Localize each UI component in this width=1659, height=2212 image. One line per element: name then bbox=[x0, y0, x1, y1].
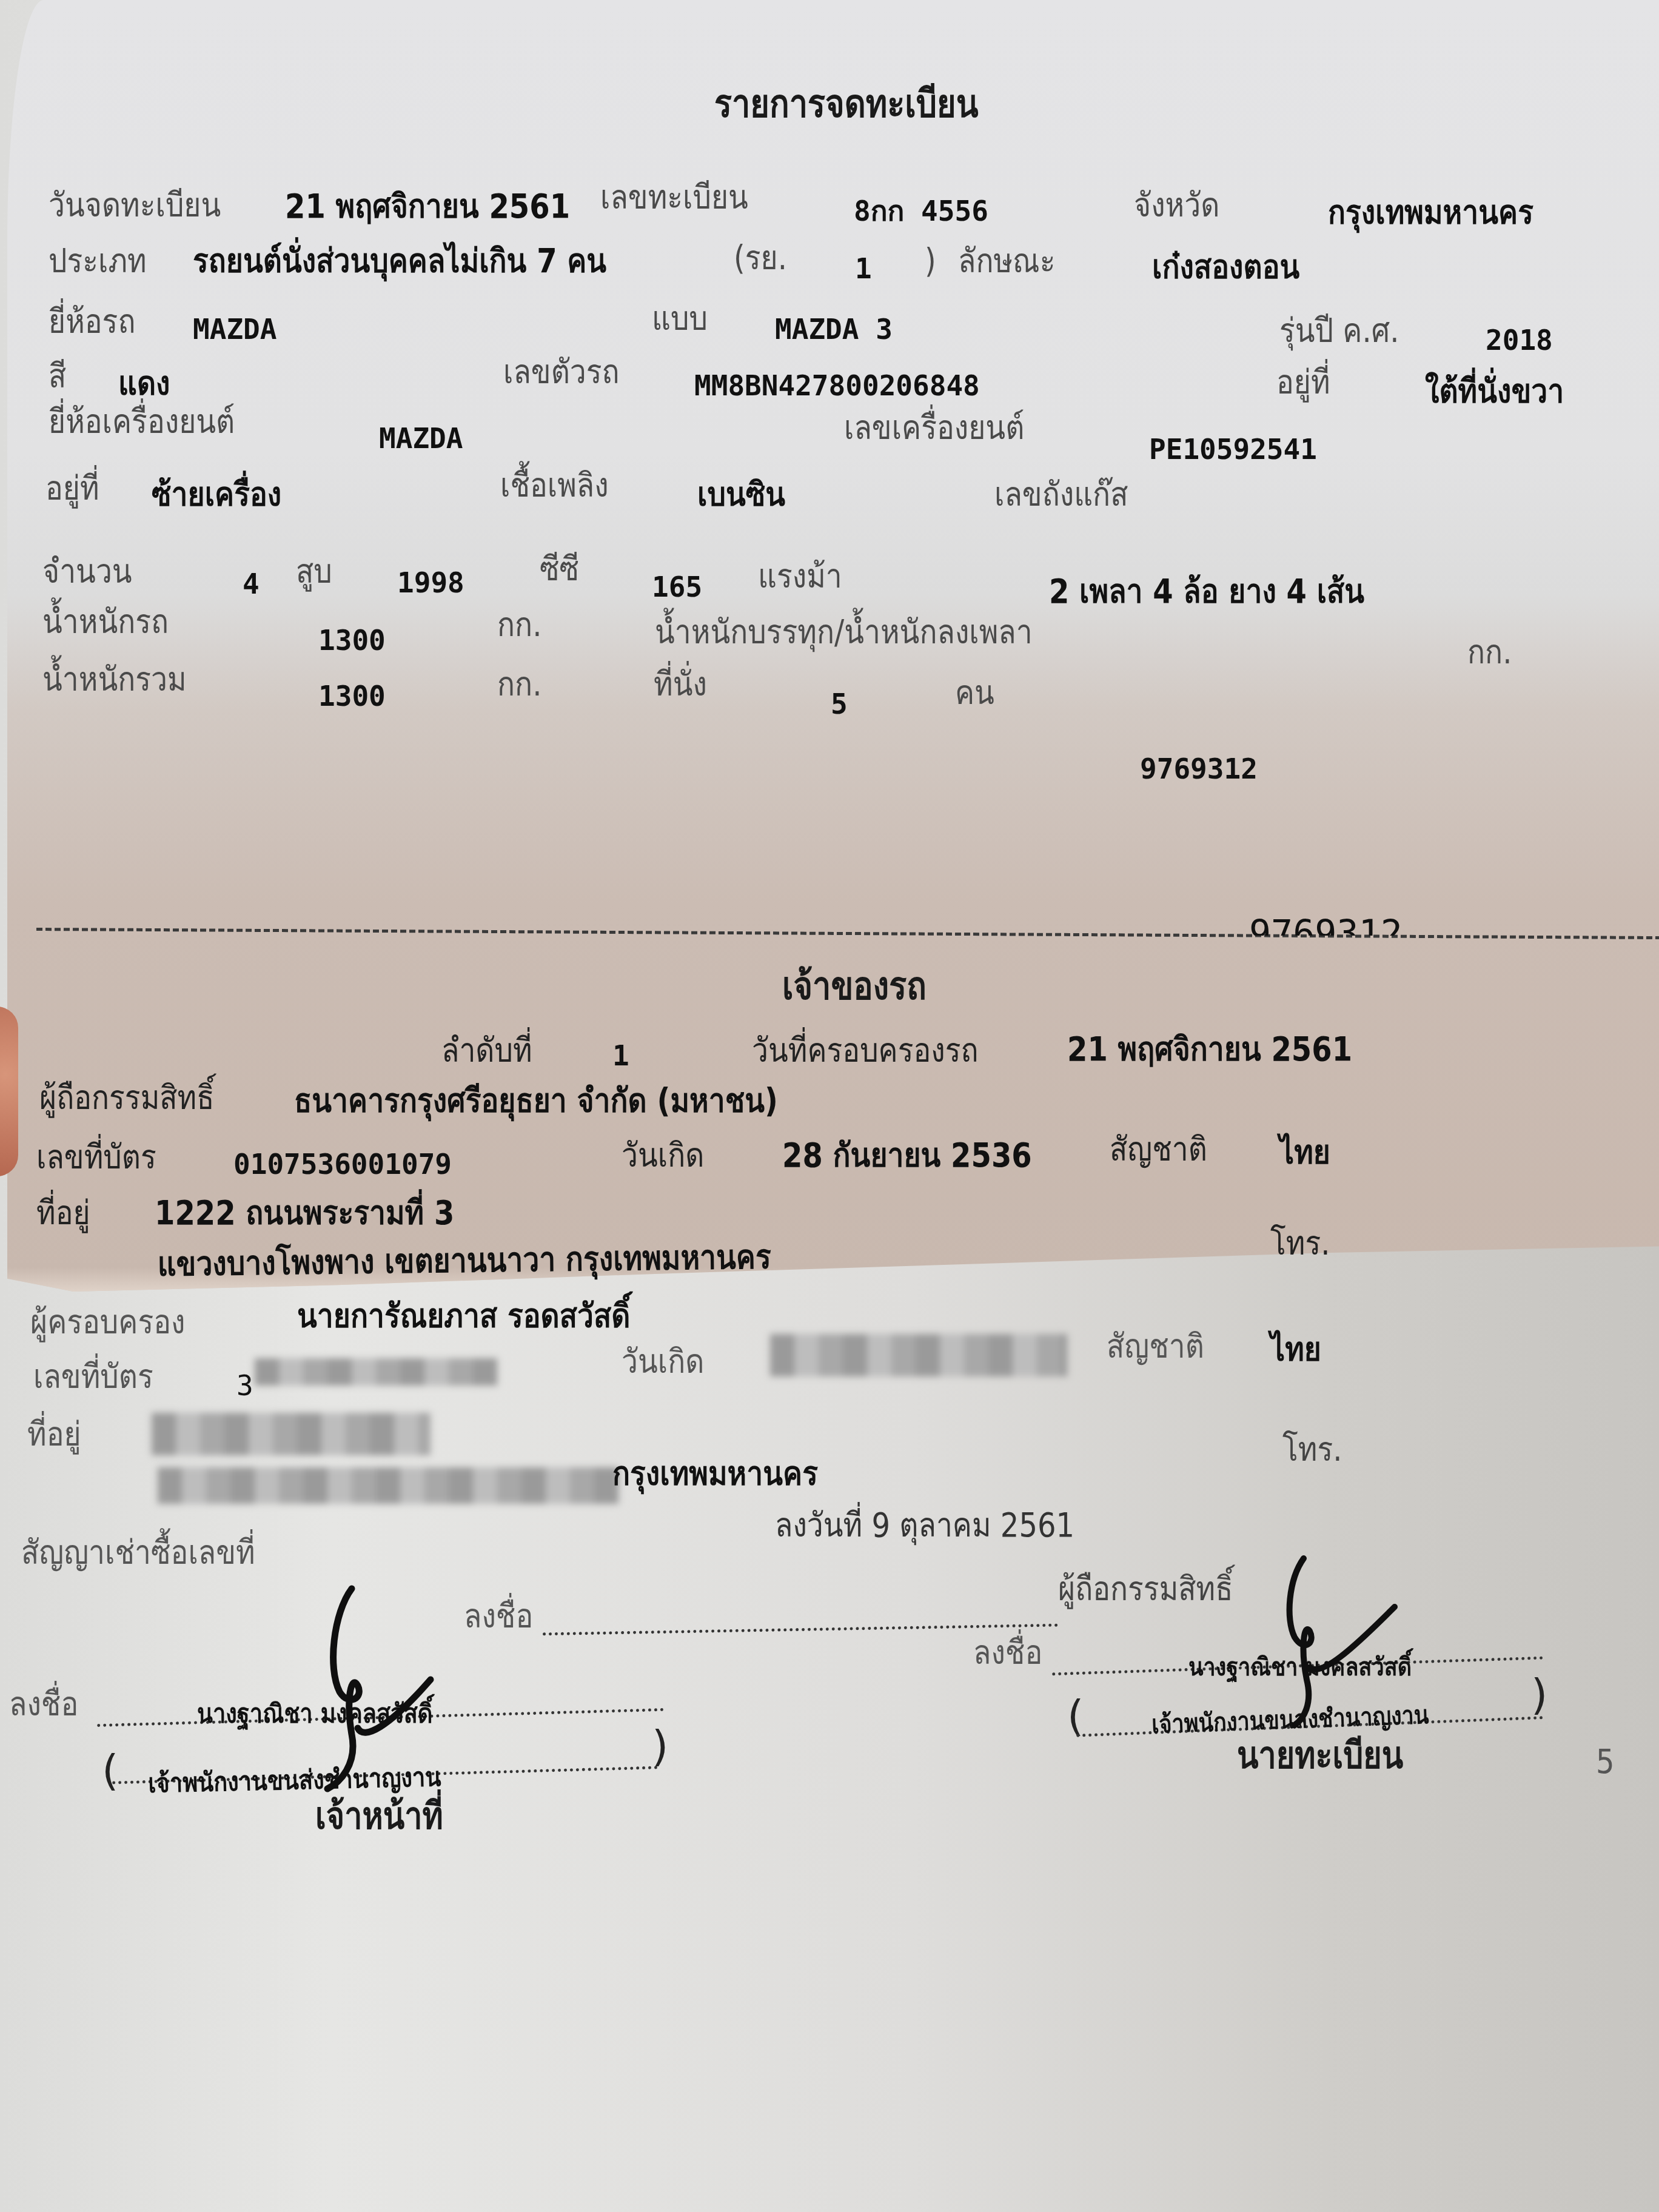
serial-number: 9769312 bbox=[1140, 755, 1258, 783]
engine-brand-label: ยี่ห้อเครื่องยนต์ bbox=[49, 405, 235, 438]
redacted-possessor-address2 bbox=[158, 1467, 618, 1504]
fuel-label: เชื้อเพลิง bbox=[500, 469, 609, 502]
registrar-signature-right bbox=[1261, 1546, 1419, 1728]
model-label: แบบ bbox=[652, 302, 708, 335]
registrar-sign-label: ลงชื่อ bbox=[973, 1636, 1042, 1669]
seats-label: ที่นั่ง bbox=[654, 668, 707, 701]
possession-date: 21 พฤศจิกายน 2561 bbox=[1067, 1033, 1352, 1066]
horsepower-unit: แรงม้า bbox=[758, 560, 842, 593]
cc-unit: ซีซี bbox=[540, 552, 579, 586]
right-paren-right: ) bbox=[1531, 1674, 1547, 1716]
vin-location-label: อยู่ที่ bbox=[1276, 366, 1330, 399]
engine-brand: MAZDA bbox=[379, 424, 463, 452]
gross-weight-unit: กก. bbox=[497, 668, 541, 701]
seats-unit: คน bbox=[955, 676, 994, 709]
gas-tank-label: เลขถังแก๊ส bbox=[994, 478, 1128, 511]
engine-cc: 1998 bbox=[397, 569, 464, 597]
possessor-nationality-label: สัญชาติ bbox=[1107, 1330, 1204, 1363]
engine-number: PE10592541 bbox=[1149, 435, 1317, 463]
holder-sign-label: ลงชื่อ bbox=[464, 1600, 533, 1633]
lease-contract-label: สัญญาเช่าซื้อเลขที่ bbox=[21, 1536, 255, 1569]
document-title: รายการจดทะเบียน bbox=[714, 84, 979, 124]
body-style: เก๋งสองตอน bbox=[1152, 250, 1299, 284]
redacted-possessor-address1 bbox=[152, 1413, 431, 1455]
load-label: น้ำหนักบรรทุก/น้ำหนักลงเพลา bbox=[655, 615, 1033, 649]
reg-date: 21 พฤศจิกายน 2561 bbox=[285, 190, 570, 223]
possessor-tel-label: โทร. bbox=[1282, 1433, 1342, 1466]
brand-label: ยี่ห้อรถ bbox=[49, 305, 135, 338]
vin-label: เลขตัวรถ bbox=[503, 355, 620, 389]
holder-address-line2: แขวงบางโพงพาง เขตยานนาวา กรุงเทพมหานคร bbox=[157, 1240, 771, 1281]
model: MAZDA 3 bbox=[775, 315, 893, 343]
left-paren: ( bbox=[102, 1749, 118, 1792]
model-year: 2018 bbox=[1486, 326, 1553, 354]
vehicle-color: แดง bbox=[118, 367, 170, 400]
owner-heading: เจ้าของรถ bbox=[782, 967, 927, 1006]
order-number: 1 bbox=[612, 1042, 629, 1070]
left-paren-right: ( bbox=[1067, 1695, 1084, 1737]
vehicle-weight: 1300 bbox=[318, 626, 386, 654]
holder-name: ธนาคารกรุงศรีอยุธยา จำกัด (มหาชน) bbox=[294, 1084, 778, 1118]
gross-weight-label: น้ำหนักรวม bbox=[42, 663, 187, 696]
engine-no-label: เลขเครื่องยนต์ bbox=[844, 411, 1024, 444]
engine-location-label: อยู่ที่ bbox=[45, 472, 99, 505]
holder-address-label: ที่อยู่ bbox=[36, 1196, 90, 1230]
right-paren: ) bbox=[652, 1725, 668, 1768]
redacted-possessor-birth bbox=[770, 1334, 1067, 1376]
holder-id: 0107536001079 bbox=[233, 1150, 452, 1178]
province-label: จังหวัด bbox=[1134, 189, 1219, 222]
vin-location: ใต้ที่นั่งขวา bbox=[1425, 375, 1564, 408]
reg-date-label: วันจดทะเบียน bbox=[49, 189, 221, 222]
vin: MM8BN427800206848 bbox=[694, 372, 980, 400]
holder-address-line1: 1222 ถนนพระรามที่ 3 bbox=[155, 1196, 454, 1230]
plate: 8กก 4556 bbox=[854, 197, 988, 225]
horsepower: 165 bbox=[652, 573, 702, 601]
engine-location: ซ้ายเครื่อง bbox=[152, 478, 281, 511]
province: กรุงเทพมหานคร bbox=[1328, 196, 1533, 229]
page-mark: 5 bbox=[1596, 1745, 1615, 1778]
holder-label: ผู้ถือกรรมสิทธิ์ bbox=[39, 1081, 215, 1114]
possessor-id-label: เลขที่บัตร bbox=[33, 1360, 153, 1393]
seats: 5 bbox=[831, 690, 848, 718]
weight-label: น้ำหนักรถ bbox=[42, 605, 169, 638]
possessor-nationality: ไทย bbox=[1270, 1333, 1321, 1366]
ry-value: 1 bbox=[855, 255, 872, 283]
holder-nationality-label: สัญชาติ bbox=[1110, 1133, 1207, 1166]
officer-signature-left bbox=[291, 1577, 449, 1795]
type-label: ประเภท bbox=[49, 244, 147, 278]
ry-close: ) bbox=[925, 244, 936, 278]
possessor-label: ผู้ครอบครอง bbox=[30, 1305, 185, 1339]
cylinders: 4 bbox=[243, 570, 260, 598]
possessor-address-tail: กรุงเทพมหานคร bbox=[612, 1457, 818, 1490]
ry-label: (รย. bbox=[734, 241, 787, 275]
sign-date: ลงวันที่ 9 ตุลาคม 2561 bbox=[775, 1509, 1074, 1542]
year-label: รุ่นปี ค.ศ. bbox=[1279, 314, 1399, 347]
axles-wheels: 2 เพลา 4 ล้อ ยาง 4 เส้น bbox=[1049, 575, 1364, 608]
possessor-address-label: ที่อยู่ bbox=[27, 1418, 81, 1451]
possessor-birth-label: วันเกิด bbox=[622, 1345, 704, 1378]
redacted-possessor-id bbox=[255, 1358, 497, 1386]
finger bbox=[0, 1007, 18, 1176]
cylinders-unit: สูบ bbox=[296, 555, 332, 588]
holder-nationality: ไทย bbox=[1279, 1136, 1330, 1169]
left-role: เจ้าหน้าที่ bbox=[315, 1798, 443, 1835]
officer-sign-label: ลงชื่อ bbox=[9, 1687, 78, 1721]
brand: MAZDA bbox=[193, 315, 276, 343]
holder-id-label: เลขที่บัตร bbox=[36, 1141, 156, 1174]
possession-date-label: วันที่ครอบครองรถ bbox=[752, 1034, 979, 1067]
weight-unit: กก. bbox=[497, 608, 541, 642]
cylinders-label: จำนวน bbox=[42, 555, 132, 588]
possessor-id-visible: 3 bbox=[236, 1372, 253, 1399]
vehicle-type: รถยนต์นั่งส่วนบุคคลไม่เกิน 7 คน bbox=[193, 244, 606, 278]
fuel-type: เบนซิน bbox=[697, 478, 785, 511]
color-label: สี bbox=[49, 360, 66, 393]
holder-birth-label: วันเกิด bbox=[622, 1139, 704, 1172]
holder-birth: 28 กันยายน 2536 bbox=[782, 1139, 1032, 1172]
order-label: ลำดับที่ bbox=[441, 1034, 532, 1067]
holder-tel-label: โทร. bbox=[1270, 1227, 1330, 1260]
load-unit: กก. bbox=[1467, 635, 1512, 669]
right-role: นายทะเบียน bbox=[1237, 1737, 1403, 1775]
holder-sign-role: ผู้ถือกรรมสิทธิ์ bbox=[1058, 1572, 1233, 1606]
plate-label: เลขทะเบียน bbox=[600, 181, 748, 214]
style-label: ลักษณะ bbox=[958, 244, 1055, 278]
gross-weight: 1300 bbox=[318, 682, 386, 710]
possessor-name: นายการัณยภาส รอดสวัสดิ์ bbox=[297, 1299, 630, 1333]
